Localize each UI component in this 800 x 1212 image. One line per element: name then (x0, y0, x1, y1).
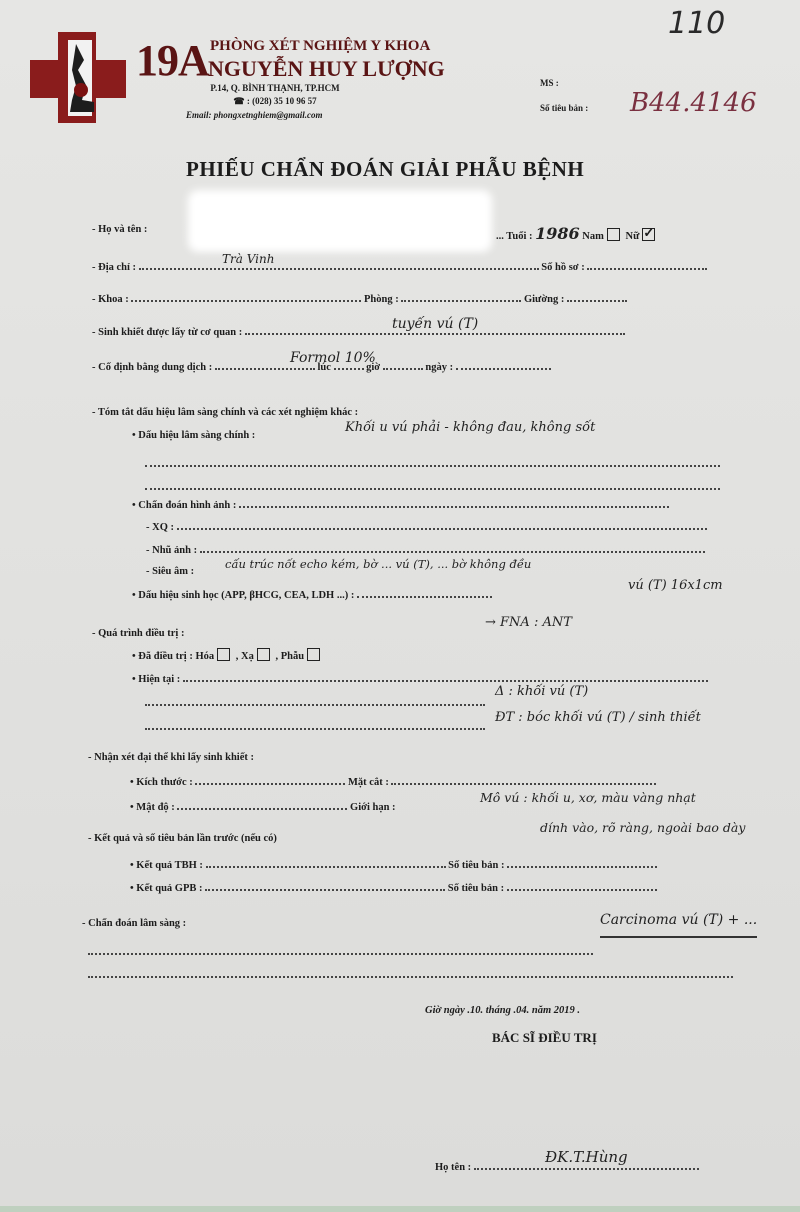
gpb-row: • Kết quả GPB : Số tiêu bản : (130, 881, 657, 894)
ray-label: , Xạ (236, 651, 254, 662)
redacted-name (188, 190, 492, 252)
tbh-no-label: Số tiêu bản : (448, 860, 504, 871)
main-signs-label: • Dấu hiệu lâm sàng chính : (132, 430, 255, 441)
radiation-checkbox[interactable] (257, 648, 270, 661)
main-signs-line-3[interactable] (145, 480, 720, 490)
treatment-section-label: - Quá trình điều trị : (92, 628, 184, 639)
current-label: • Hiện tại : (132, 674, 180, 685)
male-label: Nam (582, 231, 604, 242)
mammogram-label: - Nhũ ảnh : (146, 545, 197, 556)
room-label: Phòng : (364, 294, 399, 305)
gpb-field[interactable] (205, 881, 445, 891)
doctor-title: BÁC SĨ ĐIỀU TRỊ (492, 1030, 597, 1046)
gpb-no-field[interactable] (507, 881, 657, 891)
brand-number: 19A (136, 35, 209, 86)
address-field[interactable] (139, 260, 539, 270)
name-row: - Họ và tên : (92, 224, 147, 235)
form-title: PHIẾU CHẨN ĐOÁN GIẢI PHẪU BỆNH (186, 157, 584, 182)
bio-field[interactable] (357, 588, 492, 598)
main-signs-value: Khối u vú phải - không đau, không sốt (345, 420, 595, 435)
male-checkbox[interactable] (607, 228, 620, 241)
density-label: • Mật độ : (130, 802, 175, 813)
female-checkbox[interactable] (642, 228, 655, 241)
clinic-phone: ☎ : (028) 35 10 96 57 (190, 96, 360, 107)
size-label: • Kích thước : (130, 777, 193, 788)
ultrasound-label: - Siêu âm : (146, 566, 194, 577)
current-line-3[interactable] (145, 720, 485, 730)
bed-field[interactable] (567, 292, 627, 302)
tbh-field[interactable] (206, 858, 446, 868)
xq-field[interactable] (177, 520, 707, 530)
address-label: - Địa chỉ : (92, 262, 136, 273)
xq-row: - XQ : (146, 520, 707, 533)
size-field[interactable] (195, 775, 345, 785)
current-field[interactable] (183, 672, 708, 682)
fixative-value: Formol 10% (290, 350, 376, 366)
record-field[interactable] (587, 260, 707, 270)
main-signs-row: • Dấu hiệu lâm sàng chính : (132, 430, 255, 441)
fixative-label: - Cố định bằng dung dịch : (92, 362, 212, 373)
dept-row: - Khoa : Phòng : Giường : (92, 292, 627, 305)
bio-value: vú (T) 16x1cm (628, 578, 723, 593)
diagnosis-line-2[interactable] (88, 968, 733, 978)
clinic-logo-icon (28, 30, 128, 125)
hour-dots (383, 360, 423, 370)
imaging-label: • Chẩn đoán hình ảnh : (132, 500, 236, 511)
age-label: ... Tuổi : (496, 231, 532, 242)
signer-value: ĐK.T.Hùng (545, 1148, 628, 1166)
tbh-row: • Kết quả TBH : Số tiêu bản : (130, 858, 657, 871)
current-line1-value: Δ : khối vú (T) (495, 684, 588, 699)
mammogram-field[interactable] (200, 543, 705, 553)
imaging-field[interactable] (239, 498, 669, 508)
tbh-label: • Kết quả TBH : (130, 860, 203, 871)
ms-label: MS : (540, 78, 559, 88)
name-label: - Họ và tên : (92, 224, 147, 235)
diagnosis-line-1[interactable] (88, 945, 593, 955)
cut-label: Mặt cắt : (348, 777, 389, 788)
tbh-no-field[interactable] (507, 858, 657, 868)
page-number: 110 (668, 6, 725, 41)
current-line2-value: ĐT : bóc khối vú (T) / sinh thiết (495, 710, 701, 725)
sample-organ-row: - Sinh khiết được lấy từ cơ quan : (92, 325, 625, 338)
bed-label: Giường : (524, 294, 564, 305)
cut-field[interactable] (391, 775, 656, 785)
address-value: Trà Vinh (222, 252, 274, 266)
specimen-number-label: Số tiêu bản : (540, 103, 588, 113)
age-gender-row: ... Tuổi : 1986 Nam Nữ (496, 224, 658, 243)
diagnosis-label: - Chẩn đoán lâm sàng : (82, 918, 186, 929)
day-label: ngày : (425, 362, 453, 373)
border-label: Giới hạn : (350, 802, 396, 813)
gpb-label: • Kết quả GPB : (130, 883, 203, 894)
clinical-section-label: - Tóm tắt dấu hiệu lâm sàng chính và các… (92, 407, 358, 418)
gross-section-label: - Nhận xét đại thể khi lấy sinh khiết : (88, 752, 254, 763)
page-edge (0, 1206, 800, 1212)
treated-label: • Đã điều trị : Hóa (132, 651, 214, 662)
main-signs-line-2[interactable] (145, 457, 720, 467)
day-field[interactable] (456, 360, 551, 370)
clinic-email: Email: phongxetnghiem@gmail.com (186, 110, 323, 120)
treatment-note: → FNA : ANT (485, 615, 572, 630)
surgery-checkbox[interactable] (307, 648, 320, 661)
mammogram-row: - Nhũ ảnh : (146, 543, 705, 556)
xq-label: - XQ : (146, 522, 174, 533)
bio-row: • Dấu hiệu sinh học (APP, βHCG, CEA, LDH… (132, 588, 492, 601)
dept-field[interactable] (131, 292, 361, 302)
treated-row: • Đã điều trị : Hóa , Xạ , Phẫu (132, 648, 323, 662)
document-page: 19A PHÒNG XÉT NGHIỆM Y KHOA NGUYỄN HUY L… (0, 0, 800, 1212)
dept-label: - Khoa : (92, 294, 129, 305)
brand-line2: NGUYỄN HUY LƯỢNG (208, 56, 445, 82)
current-row: • Hiện tại : (132, 672, 708, 685)
border-value-2: dính vào, rõ ràng, ngoài bao dày (540, 820, 745, 835)
date-line: Giờ ngày .10. tháng .04. năm 2019 . (425, 1005, 580, 1016)
specimen-number-value: B44.4146 (630, 88, 757, 118)
bio-label: • Dấu hiệu sinh học (APP, βHCG, CEA, LDH… (132, 590, 354, 601)
density-row: • Mật độ : Giới hạn : (130, 800, 396, 813)
border-value: Mô vú : khối u, xơ, màu vàng nhạt (480, 790, 696, 805)
brand-line1: PHÒNG XÉT NGHIỆM Y KHOA (210, 38, 430, 55)
female-label: Nữ (625, 231, 639, 242)
surgery-label: , Phẫu (275, 651, 304, 662)
sample-organ-value: tuyến vú (T) (392, 316, 478, 332)
ultrasound-value: cấu trúc nốt echo kém, bờ ... vú (T), ..… (225, 557, 531, 571)
density-field[interactable] (177, 800, 347, 810)
sample-organ-label: - Sinh khiết được lấy từ cơ quan : (92, 327, 242, 338)
record-label: Số hồ sơ : (541, 262, 584, 273)
clinic-address: P.14, Q. BÌNH THẠNH, TP.HCM (190, 83, 360, 93)
previous-section-label: - Kết quả và số tiêu bản lần trước (nếu … (88, 833, 277, 844)
chemo-checkbox[interactable] (217, 648, 230, 661)
diagnosis-value: Carcinoma vú (T) + ... (600, 912, 757, 938)
imaging-row: • Chẩn đoán hình ảnh : (132, 498, 669, 511)
size-row: • Kích thước : Mặt cắt : (130, 775, 656, 788)
room-field[interactable] (401, 292, 521, 302)
signer-label: Họ tên : (435, 1162, 471, 1173)
age-value: 1986 (535, 224, 580, 243)
address-row: - Địa chỉ : Số hồ sơ : (92, 260, 707, 273)
current-line-2[interactable] (145, 696, 485, 706)
ultrasound-row: - Siêu âm : (146, 566, 194, 577)
gpb-no-label: Số tiêu bản : (448, 883, 504, 894)
